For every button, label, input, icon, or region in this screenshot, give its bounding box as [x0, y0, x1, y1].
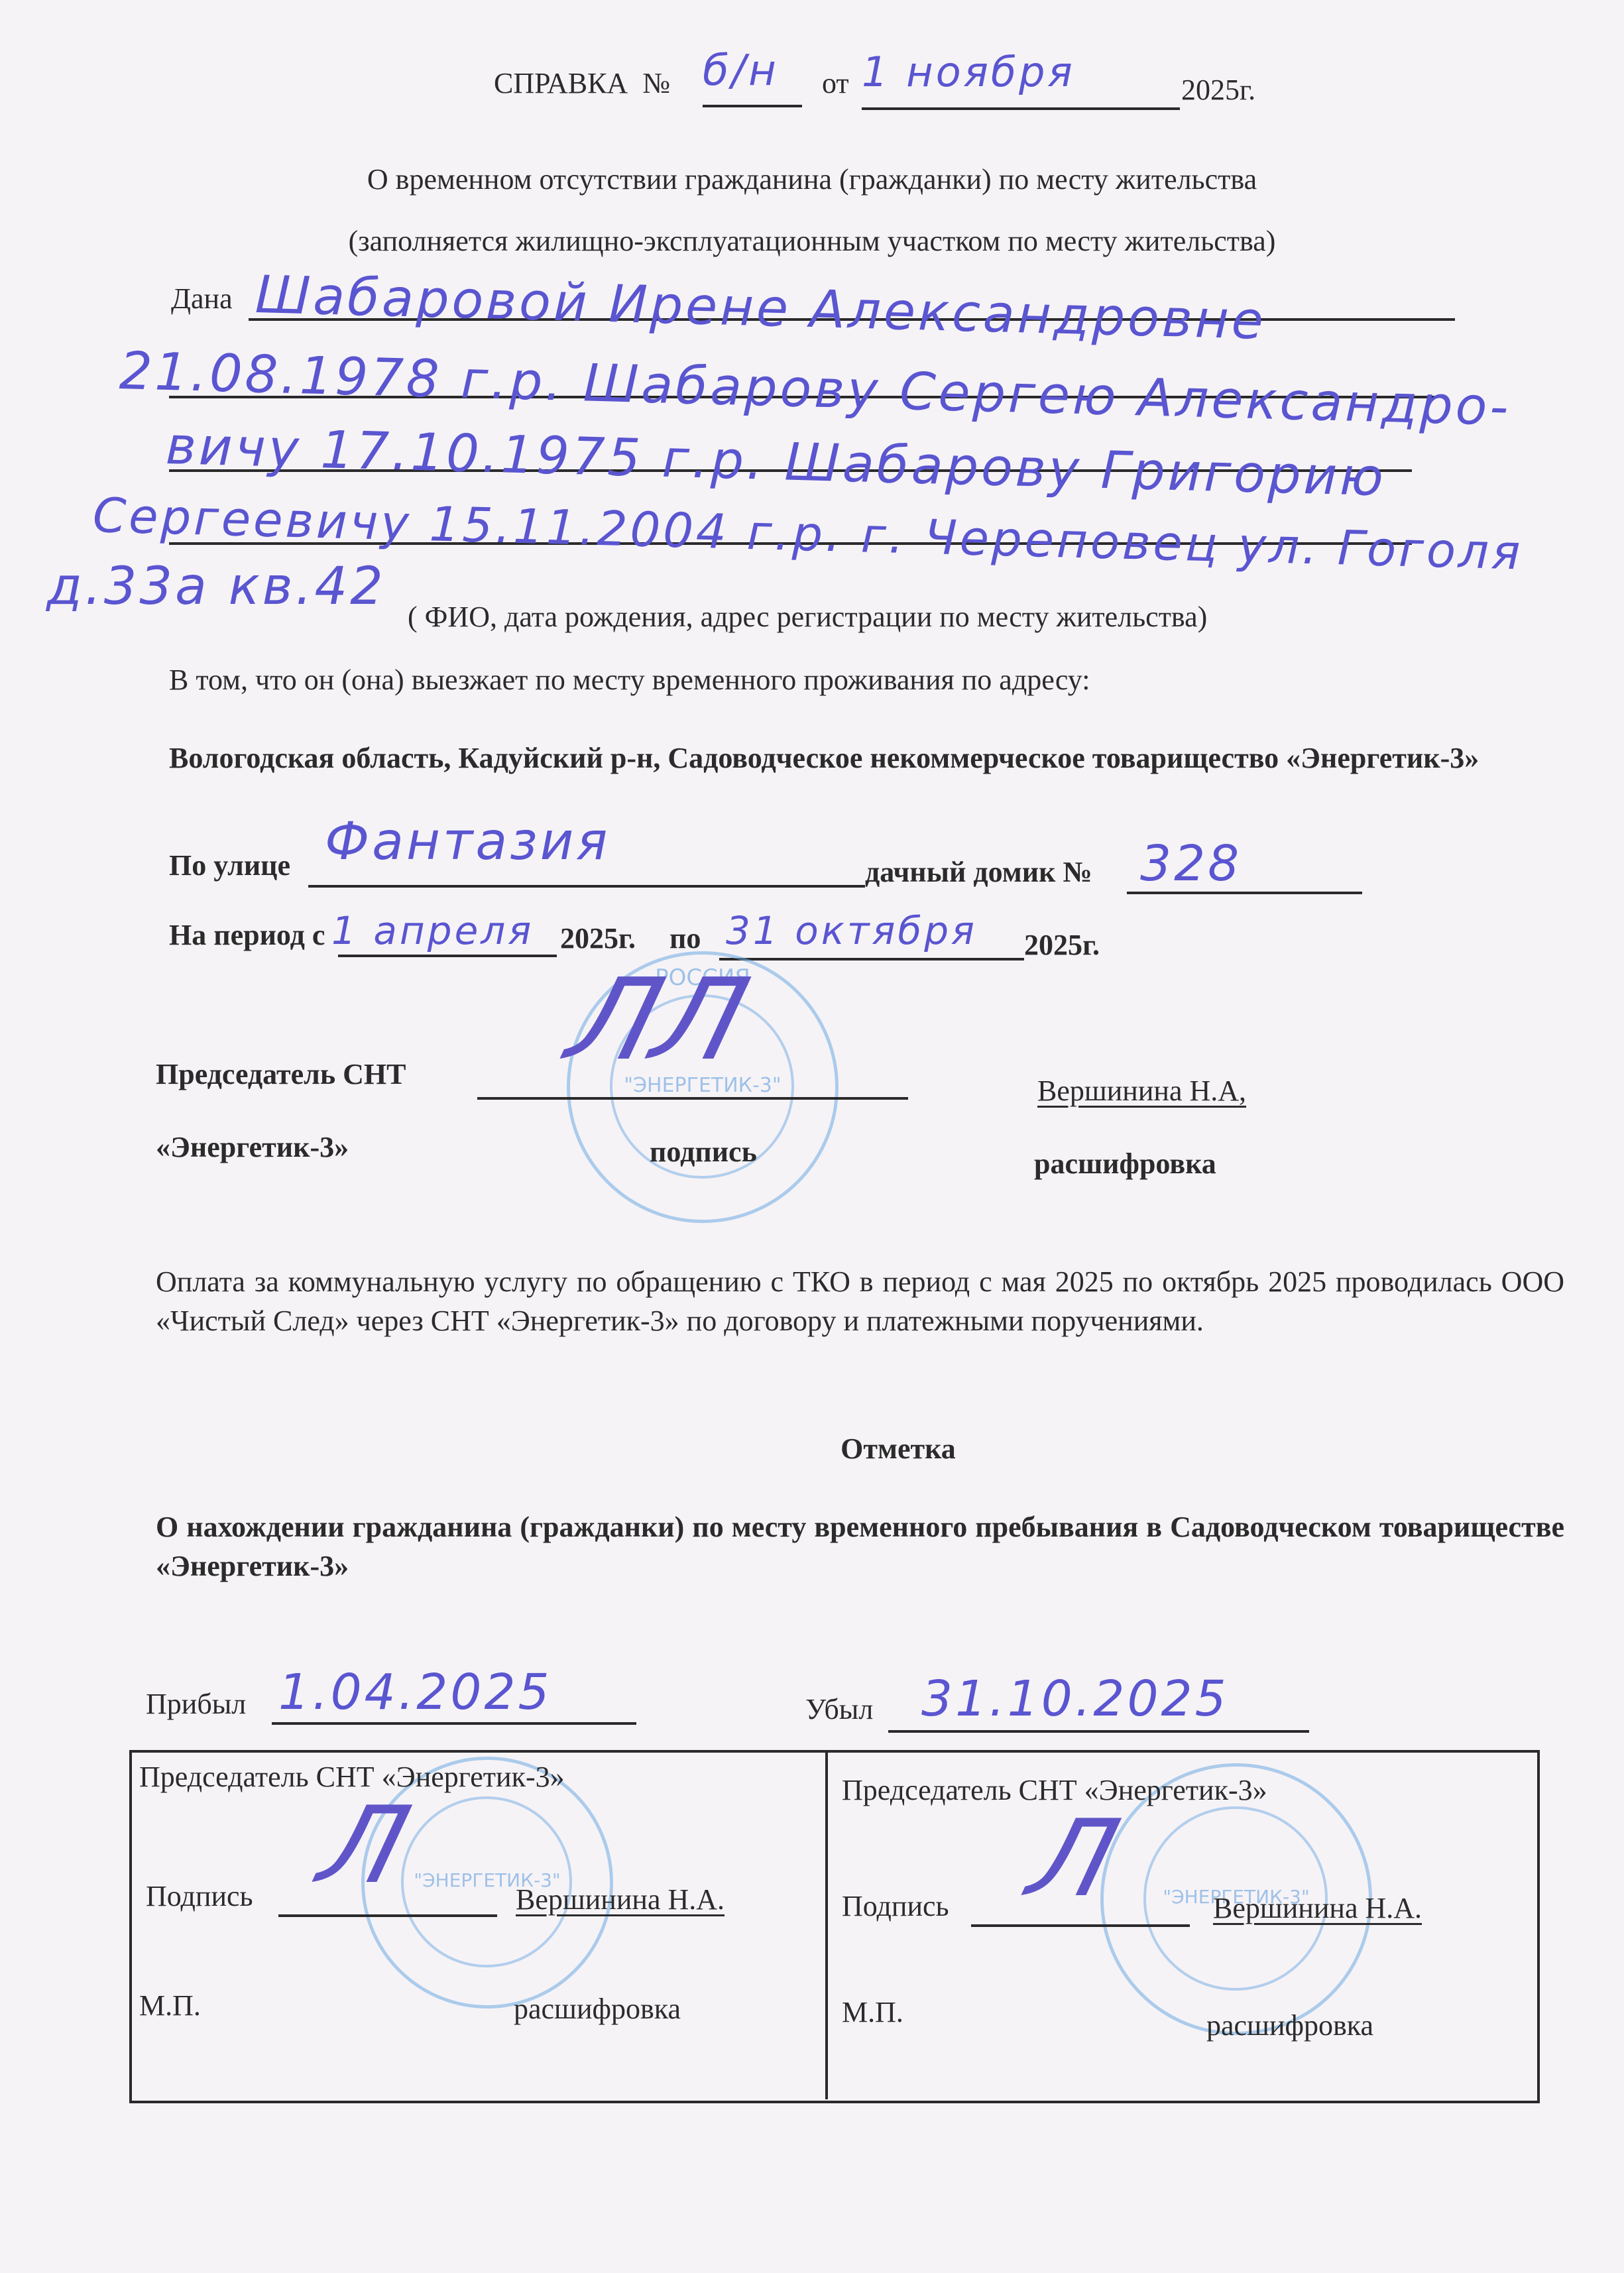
period-to-underline [719, 958, 1024, 961]
from-label: от [822, 66, 849, 101]
table-right-name-caption: расшифровка [1206, 2009, 1373, 2044]
street-underline [308, 885, 865, 888]
signature-table-divider [825, 1751, 828, 2099]
temporary-address-intro: В том, что он (она) выезжает по месту вр… [169, 663, 1090, 698]
departed-underline [888, 1730, 1309, 1733]
table-right-title: Председатель СНТ «Энергетик-3» [842, 1773, 1267, 1808]
certificate-note: (заполняется жилищно-эксплуатационным уч… [0, 224, 1624, 259]
chairman-title-2: «Энергетик-3» [156, 1130, 349, 1165]
date-underline [862, 107, 1180, 110]
period-from-underline [338, 955, 557, 957]
departed-label: Убыл [805, 1692, 873, 1727]
table-right-seal-label: М.П. [842, 1995, 903, 2030]
chairman-title-1: Председатель СНТ [156, 1057, 406, 1092]
mark-description: О нахождении гражданина (гражданки) по м… [156, 1508, 1564, 1586]
temporary-address: Вологодская область, Кадуйский р-н, Садо… [169, 739, 1568, 777]
arrived-value: 1.04.2025 [278, 1664, 552, 1721]
table-right-sign-label: Подпись [842, 1889, 949, 1924]
number-underline [703, 105, 802, 107]
arrived-underline [272, 1722, 636, 1725]
table-left-sign-line [278, 1914, 497, 1917]
certificate-number: б/н [703, 46, 779, 95]
table-left-sign-label: Подпись [146, 1879, 253, 1914]
issued-to-caption: ( ФИО, дата рождения, адрес регистрации … [408, 600, 1207, 635]
table-left-title: Председатель СНТ «Энергетик-3» [139, 1760, 565, 1795]
certificate-year: 2025г. [1181, 73, 1255, 108]
table-left-name: Вершинина Н.А. [516, 1883, 725, 1918]
payment-note: Оплата за коммунальную услугу по обращен… [156, 1263, 1564, 1340]
period-year-1: 2025г. [560, 921, 636, 957]
house-label: дачный домик № [865, 855, 1092, 890]
house-value: 328 [1140, 835, 1242, 892]
table-right-name: Вершинина Н.А. [1213, 1891, 1422, 1926]
period-from: 1 апреля [331, 908, 534, 953]
mark-heading: Отметка [86, 1432, 1624, 1467]
period-label: На период с [169, 918, 325, 953]
name-caption: расшифровка [1034, 1147, 1216, 1182]
table-left-seal-label: М.П. [139, 1989, 201, 2024]
certificate-title-line: СПРАВКА № [494, 66, 670, 101]
certificate-subtitle: О временном отсутствии гражданина (гражд… [0, 162, 1624, 198]
arrived-label: Прибыл [146, 1687, 246, 1722]
departed-value: 31.10.2025 [921, 1670, 1229, 1727]
table-left-name-caption: расшифровка [514, 1992, 681, 2027]
number-sign: № [642, 67, 670, 99]
signature-caption: подпись [650, 1135, 757, 1170]
period-to: 31 октября [726, 908, 977, 953]
chairman-name: Вершинина Н.А, [1037, 1074, 1246, 1109]
street-value: Фантазия [325, 812, 610, 872]
period-year-2: 2025г. [1024, 928, 1100, 963]
chairman-signature: ЛЛ [555, 955, 760, 1086]
issued-to-label: Дана [171, 282, 233, 317]
chairman-signature-line [477, 1097, 908, 1100]
certificate-date: 1 ноября [862, 48, 1075, 96]
table-right-sign-line [971, 1924, 1190, 1927]
issued-to-name-1: Шабаровой Ирене Александровне [255, 265, 1267, 351]
street-label: По улице [169, 848, 290, 884]
issued-to-address-2: д.33а кв.42 [46, 557, 386, 616]
certificate-title: СПРАВКА [494, 67, 628, 99]
